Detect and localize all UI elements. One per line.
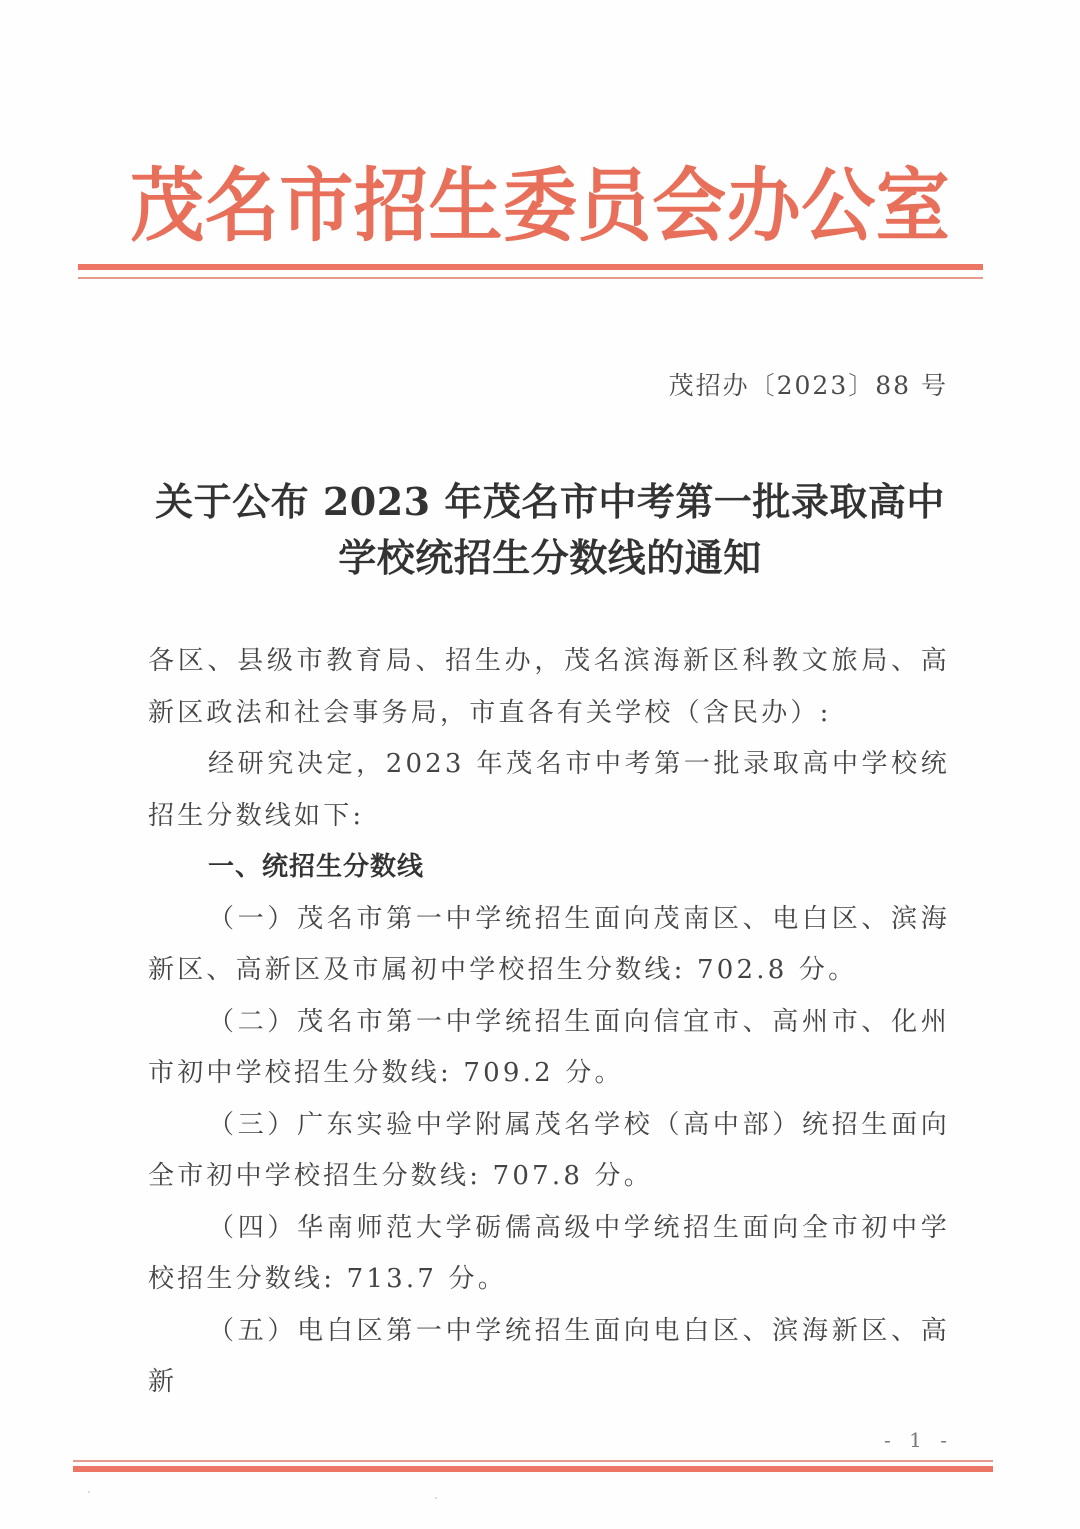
letterhead-org-name: 茂 名 市 招 生 委 员 会 办 公 室 — [130, 150, 950, 250]
footer-rule-thin — [73, 1460, 993, 1462]
score-item-1: （一）茂名市第一中学统招生面向茂南区、电白区、滨海新区、高新区及市属初中学校招生… — [148, 894, 950, 997]
letterhead-char: 室 — [875, 143, 950, 257]
document-number: 茂招办〔2023〕88 号 — [669, 366, 948, 402]
item-label: （二） — [208, 1007, 297, 1037]
title-line-1: 关于公布 2023 年茂名市中考第一批录取高中 — [120, 474, 980, 530]
document-title: 关于公布 2023 年茂名市中考第一批录取高中 学校统招生分数线的通知 — [120, 474, 980, 586]
letterhead-char: 名 — [205, 143, 280, 257]
letterhead-char: 公 — [801, 143, 876, 257]
letterhead-char: 茂 — [130, 143, 205, 257]
score-item-5: （五）电白区第一中学统招生面向电白区、滨海新区、高新 — [148, 1306, 950, 1409]
intro-paragraph: 经研究决定，2023 年茂名市中考第一批录取高中学校统招生分数线如下: — [148, 739, 950, 842]
item-label: （一） — [208, 904, 297, 934]
letterhead-char: 市 — [279, 143, 354, 257]
score-item-3: （三）广东实验中学附属茂名学校（高中部）统招生面向全市初中学校招生分数线: 70… — [148, 1100, 950, 1203]
item-label: （三） — [208, 1110, 297, 1140]
letterhead-char: 委 — [503, 143, 578, 257]
document-body: 各区、县级市教育局、招生办，茂名滨海新区科教文旅局、高新区政法和社会事务局，市直… — [148, 636, 950, 1409]
title-line-2: 学校统招生分数线的通知 — [120, 530, 980, 586]
letterhead-char: 招 — [354, 143, 429, 257]
letterhead-char: 员 — [577, 143, 652, 257]
score-item-2: （二）茂名市第一中学统招生面向信宜市、高州市、化州市初中学校招生分数线: 709… — [148, 997, 950, 1100]
scan-speck — [88, 1491, 90, 1493]
document-page: 茂 名 市 招 生 委 员 会 办 公 室 茂招办〔2023〕88 号 关于公布… — [0, 0, 1080, 1529]
letterhead-char: 会 — [652, 143, 727, 257]
header-rule-thin — [78, 277, 983, 279]
letterhead-char: 办 — [726, 143, 801, 257]
section-heading: 一、统招生分数线 — [148, 842, 950, 894]
item-label: （五） — [208, 1316, 297, 1346]
header-rule-thick — [78, 264, 983, 270]
item-label: （四） — [208, 1213, 297, 1243]
page-number: - 1 - — [884, 1428, 953, 1452]
letterhead-char: 生 — [428, 143, 503, 257]
addressee: 各区、县级市教育局、招生办，茂名滨海新区科教文旅局、高新区政法和社会事务局，市直… — [148, 636, 950, 739]
scan-speck — [435, 1497, 437, 1499]
footer-rule-thick — [73, 1466, 993, 1472]
score-item-4: （四）华南师范大学砺儒高级中学统招生面向全市初中学校招生分数线: 713.7 分… — [148, 1203, 950, 1306]
